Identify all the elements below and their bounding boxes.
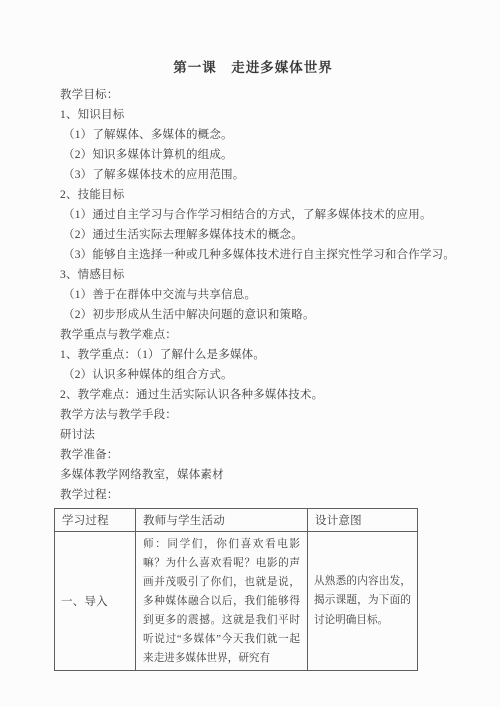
table-header-row: 学习过程 教师与学生活动 设计意图 bbox=[55, 509, 418, 532]
teaching-process-table: 学习过程 教师与学生活动 设计意图 一、导入 师：同学们，你们喜欢看电影嘛？为什… bbox=[54, 508, 418, 671]
paragraph-knowledge-goal-heading: 1、知识目标 bbox=[54, 105, 462, 125]
paragraph-key-points-heading: 教学重点与教学难点： bbox=[54, 325, 462, 345]
paragraph-emotion-goal-heading: 3、情感目标 bbox=[54, 265, 462, 285]
paragraph-knowledge-goal-1: （1）了解媒体、多媒体的概念。 bbox=[54, 125, 462, 145]
paragraph-skill-goal-2: （2）通过生活实际去理解多媒体技术的概念。 bbox=[54, 225, 462, 245]
paragraph-difficulty: 2、教学难点：通过生活实际认识各种多媒体技术。 bbox=[54, 385, 462, 405]
table-header-teacher-student-activity: 教师与学生活动 bbox=[136, 509, 308, 532]
paragraph-preparation-content: 多媒体教学网络教室，媒体素材 bbox=[54, 465, 462, 485]
page-title: 第一课 走进多媒体世界 bbox=[54, 56, 452, 76]
table-header-design-intent: 设计意图 bbox=[308, 509, 418, 532]
cell-design-intent: 从熟悉的内容出发，揭示课题，为下面的讨论明确目标。 bbox=[308, 532, 418, 671]
paragraph-skill-goal-3: （3）能够自主选择一种或几种多媒体技术进行自主探究性学习和合作学习。 bbox=[54, 245, 462, 265]
lesson-plan-page: 第一课 走进多媒体世界 教学目标： 1、知识目标 （1）了解媒体、多媒体的概念。… bbox=[0, 0, 500, 707]
paragraph-method-discussion: 研讨法 bbox=[54, 425, 462, 445]
paragraph-emotion-goal-1: （1）善于在群体中交流与共享信息。 bbox=[54, 285, 462, 305]
table-row: 一、导入 师：同学们，你们喜欢看电影嘛？为什么喜欢看呢？电影的声画并茂吸引了你们… bbox=[55, 532, 418, 671]
paragraph-emotion-goal-2: （2）初步形成从生活中解决问题的意识和策略。 bbox=[54, 305, 462, 325]
table-header-learning-stage: 学习过程 bbox=[55, 509, 136, 532]
paragraph-teaching-goals-heading: 教学目标： bbox=[54, 85, 462, 105]
paragraph-key-point-2: （2）认识多种媒体的组合方式。 bbox=[54, 365, 462, 385]
cell-learning-stage: 一、导入 bbox=[55, 532, 136, 671]
cell-teacher-student-activity: 师：同学们，你们喜欢看电影嘛？为什么喜欢看呢？电影的声画并茂吸引了你们，也就是说… bbox=[136, 532, 308, 671]
paragraph-knowledge-goal-2: （2）知识多媒体计算机的组成。 bbox=[54, 145, 462, 165]
paragraph-preparation-heading: 教学准备： bbox=[54, 445, 462, 465]
paragraph-key-point-1: 1、教学重点：（1）了解什么是多媒体。 bbox=[54, 345, 462, 365]
paragraph-skill-goal-1: （1）通过自主学习与合作学习相结合的方式，了解多媒体技术的应用。 bbox=[54, 205, 462, 225]
lesson-plan-body: 教学目标： 1、知识目标 （1）了解媒体、多媒体的概念。 （2）知识多媒体计算机… bbox=[54, 85, 462, 505]
paragraph-knowledge-goal-3: （3）了解多媒体技术的应用范围。 bbox=[54, 165, 462, 185]
paragraph-process-heading: 教学过程： bbox=[54, 485, 462, 505]
paragraph-skill-goal-heading: 2、技能目标 bbox=[54, 185, 462, 205]
paragraph-methods-heading: 教学方法与教学手段： bbox=[54, 405, 462, 425]
